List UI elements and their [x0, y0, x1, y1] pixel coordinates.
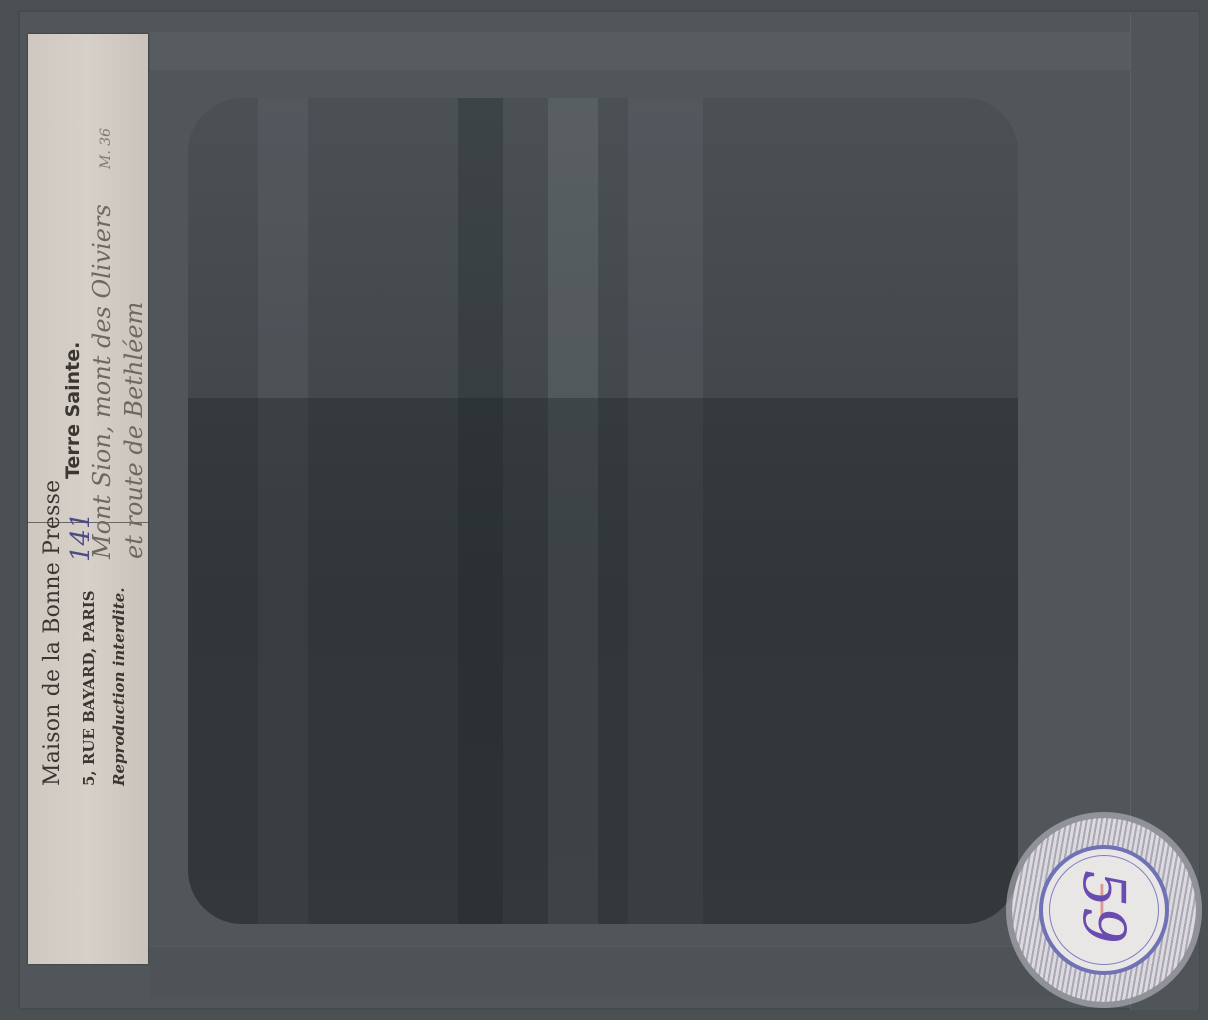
sticker-number: 59: [1070, 846, 1138, 968]
sticker-center: — 59: [1039, 845, 1169, 975]
label-region: Terre Sainte.: [62, 342, 84, 479]
label-notice: Reproduction interdite.: [110, 587, 128, 786]
lantern-slide: Terre Sainte. M. 36 141 Mont Sion, mont …: [0, 0, 1208, 1020]
label-handwritten-title-1: Mont Sion, mont des Oliviers: [88, 204, 116, 559]
mask-edge-top: [150, 32, 1135, 70]
label-handwritten-title-2: et route de Bethléem: [120, 302, 148, 559]
mask-edge-bottom: [150, 946, 1135, 997]
number-sticker: — 59: [1012, 818, 1196, 1002]
image-lower-landscape: [188, 398, 1018, 924]
label-handwritten-reference: M. 36: [98, 128, 114, 169]
slide-label: Terre Sainte. M. 36 141 Mont Sion, mont …: [28, 34, 148, 964]
label-address: 5, RUE BAYARD, PARIS: [80, 590, 98, 786]
photo-image-window: [188, 98, 1018, 924]
label-publisher: Maison de la Bonne Presse: [40, 480, 65, 786]
